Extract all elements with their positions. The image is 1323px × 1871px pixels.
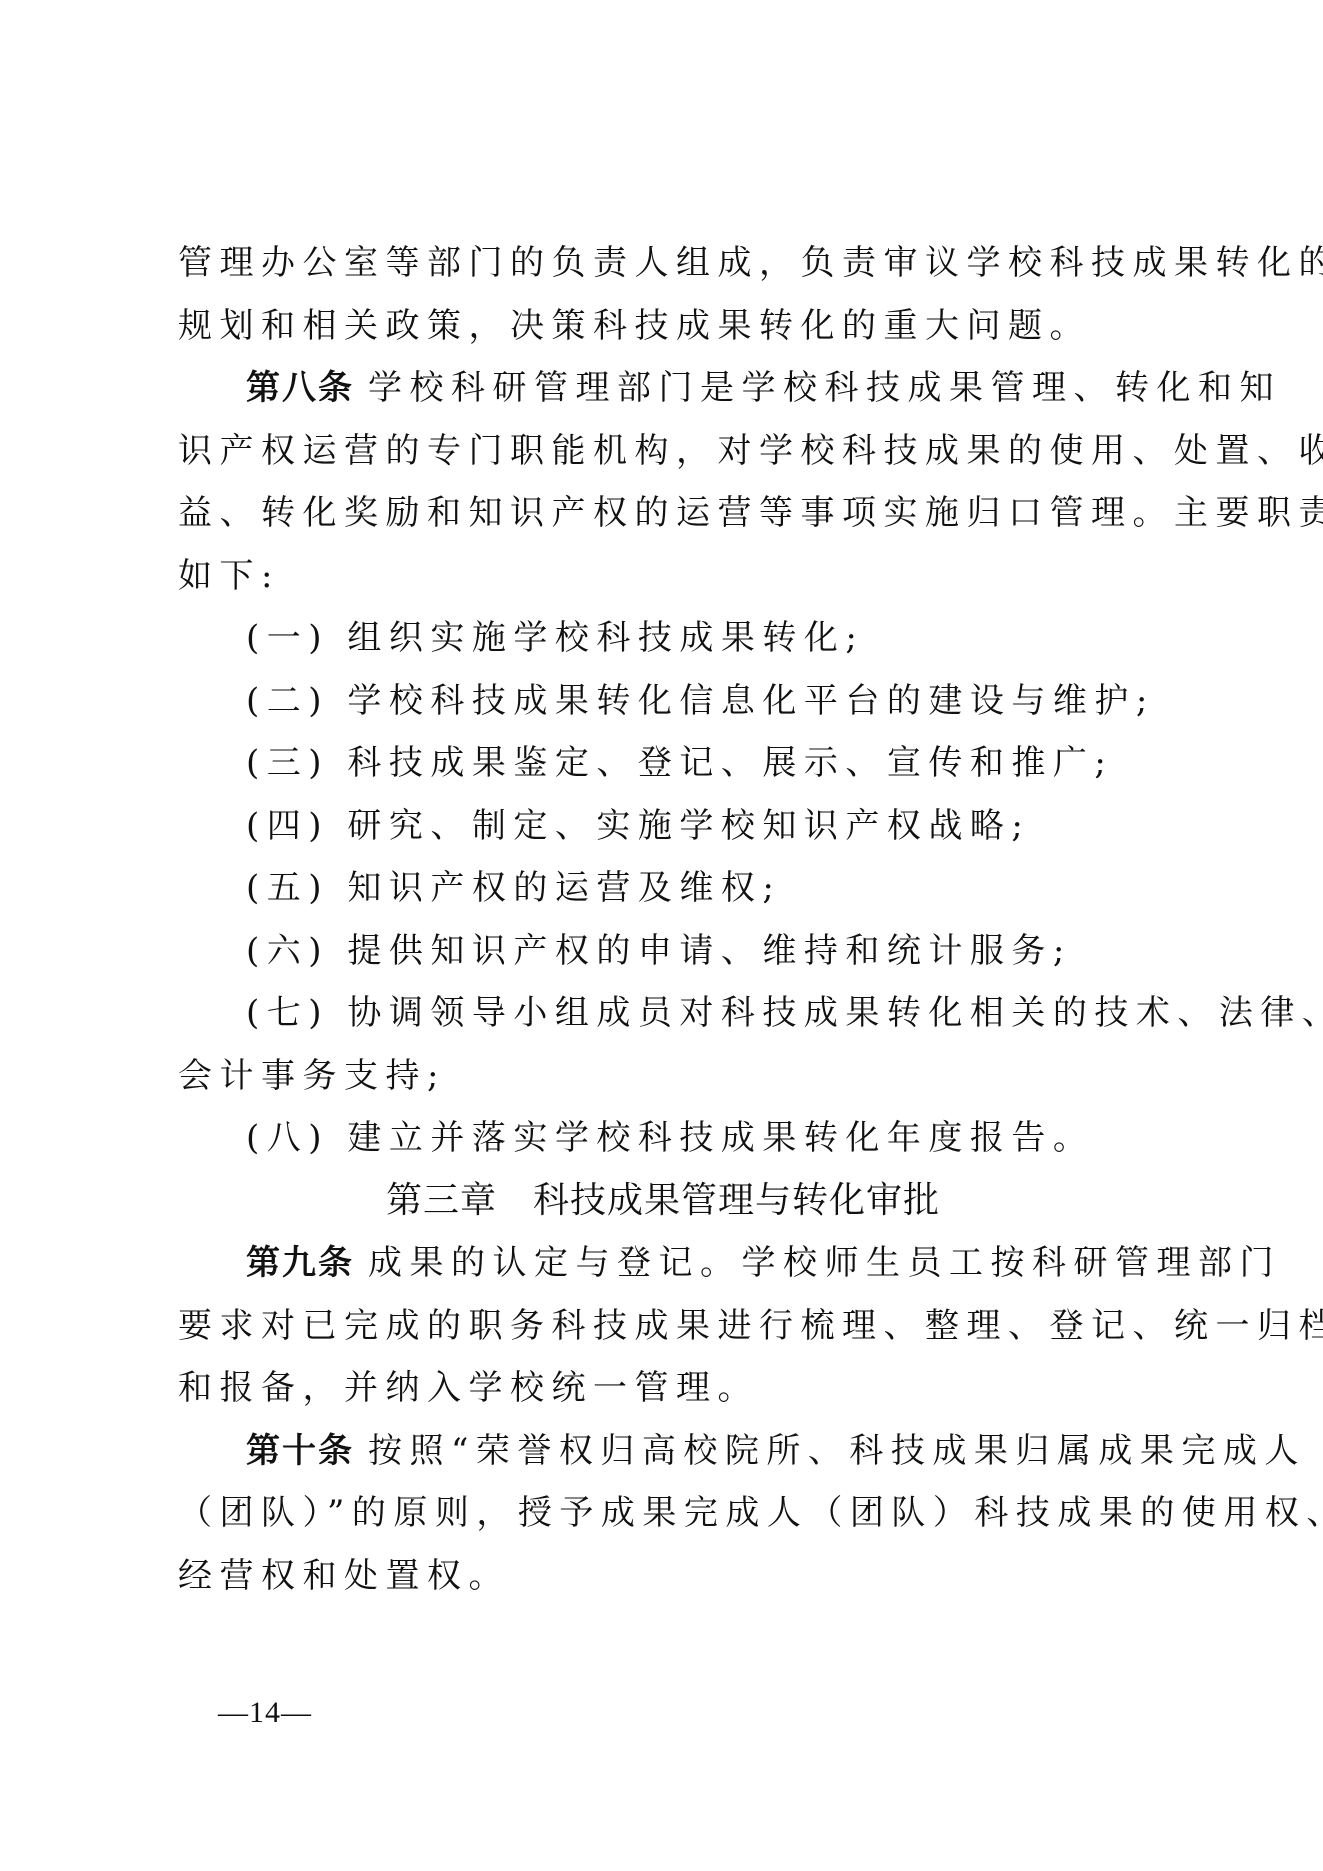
paragraph-line: 如下: bbox=[178, 545, 1158, 608]
list-item-3: (三) 科技成果鉴定、登记、展示、宣传和推广; bbox=[178, 732, 1158, 795]
list-item-7-continuation: 会计事务支持; bbox=[178, 1045, 1158, 1108]
article-8-label: 第八条 bbox=[246, 368, 354, 408]
list-item-8: (八) 建立并落实学校科技成果转化年度报告。 bbox=[178, 1107, 1158, 1170]
paragraph-line: 规划和相关政策，决策科技成果转化的重大问题。 bbox=[178, 295, 1158, 358]
chapter-title: 科技成果管理与转化审批 bbox=[533, 1180, 940, 1221]
document-body: 管理办公室等部门的负责人组成，负责审议学校科技成果转化的 规划和相关政策，决策科… bbox=[178, 232, 1158, 1607]
article-9-text: 成果的认定与登记。学校师生员工按科研管理部门 bbox=[368, 1243, 1281, 1283]
list-item-1: (一) 组织实施学校科技成果转化; bbox=[178, 607, 1158, 670]
article-9-first-line: 第九条成果的认定与登记。学校师生员工按科研管理部门 bbox=[178, 1232, 1158, 1295]
article-10-label: 第十条 bbox=[246, 1431, 354, 1471]
article-10-first-line: 第十条按照“荣誉权归高校院所、科技成果归属成果完成人 bbox=[178, 1420, 1158, 1483]
article-9-label: 第九条 bbox=[246, 1243, 354, 1283]
chapter-number: 第三章 bbox=[386, 1180, 497, 1221]
paragraph-line: 益、转化奖励和知识产权的运营等事项实施归口管理。主要职责 bbox=[178, 482, 1158, 545]
list-item-2: (二) 学校科技成果转化信息化平台的建设与维护; bbox=[178, 670, 1158, 733]
list-item-4: (四) 研究、制定、实施学校知识产权战略; bbox=[178, 795, 1158, 858]
paragraph-line: 识产权运营的专门职能机构，对学校科技成果的使用、处置、收 bbox=[178, 420, 1158, 483]
paragraph-line: 要求对已完成的职务科技成果进行梳理、整理、登记、统一归档 bbox=[178, 1295, 1158, 1358]
chapter-heading: 第三章科技成果管理与转化审批 bbox=[178, 1170, 1158, 1233]
list-item-7: (七) 协调领导小组成员对科技成果转化相关的技术、法律、 bbox=[178, 982, 1158, 1045]
page-number: —14— bbox=[218, 1696, 312, 1730]
list-item-6: (六) 提供知识产权的申请、维持和统计服务; bbox=[178, 920, 1158, 983]
article-10-text: 按照“荣誉权归高校院所、科技成果归属成果完成人 bbox=[368, 1431, 1306, 1471]
article-8-first-line: 第八条学校科研管理部门是学校科技成果管理、转化和知 bbox=[178, 357, 1158, 420]
list-item-5: (五) 知识产权的运营及维权; bbox=[178, 857, 1158, 920]
paragraph-line: （团队）”的原则，授予成果完成人（团队）科技成果的使用权、 bbox=[178, 1482, 1158, 1545]
article-8-text: 学校科研管理部门是学校科技成果管理、转化和知 bbox=[368, 368, 1281, 408]
document-page: 管理办公室等部门的负责人组成，负责审议学校科技成果转化的 规划和相关政策，决策科… bbox=[0, 0, 1323, 1871]
paragraph-line: 经营权和处置权。 bbox=[178, 1545, 1158, 1608]
paragraph-line: 和报备，并纳入学校统一管理。 bbox=[178, 1357, 1158, 1420]
paragraph-line: 管理办公室等部门的负责人组成，负责审议学校科技成果转化的 bbox=[178, 232, 1158, 295]
